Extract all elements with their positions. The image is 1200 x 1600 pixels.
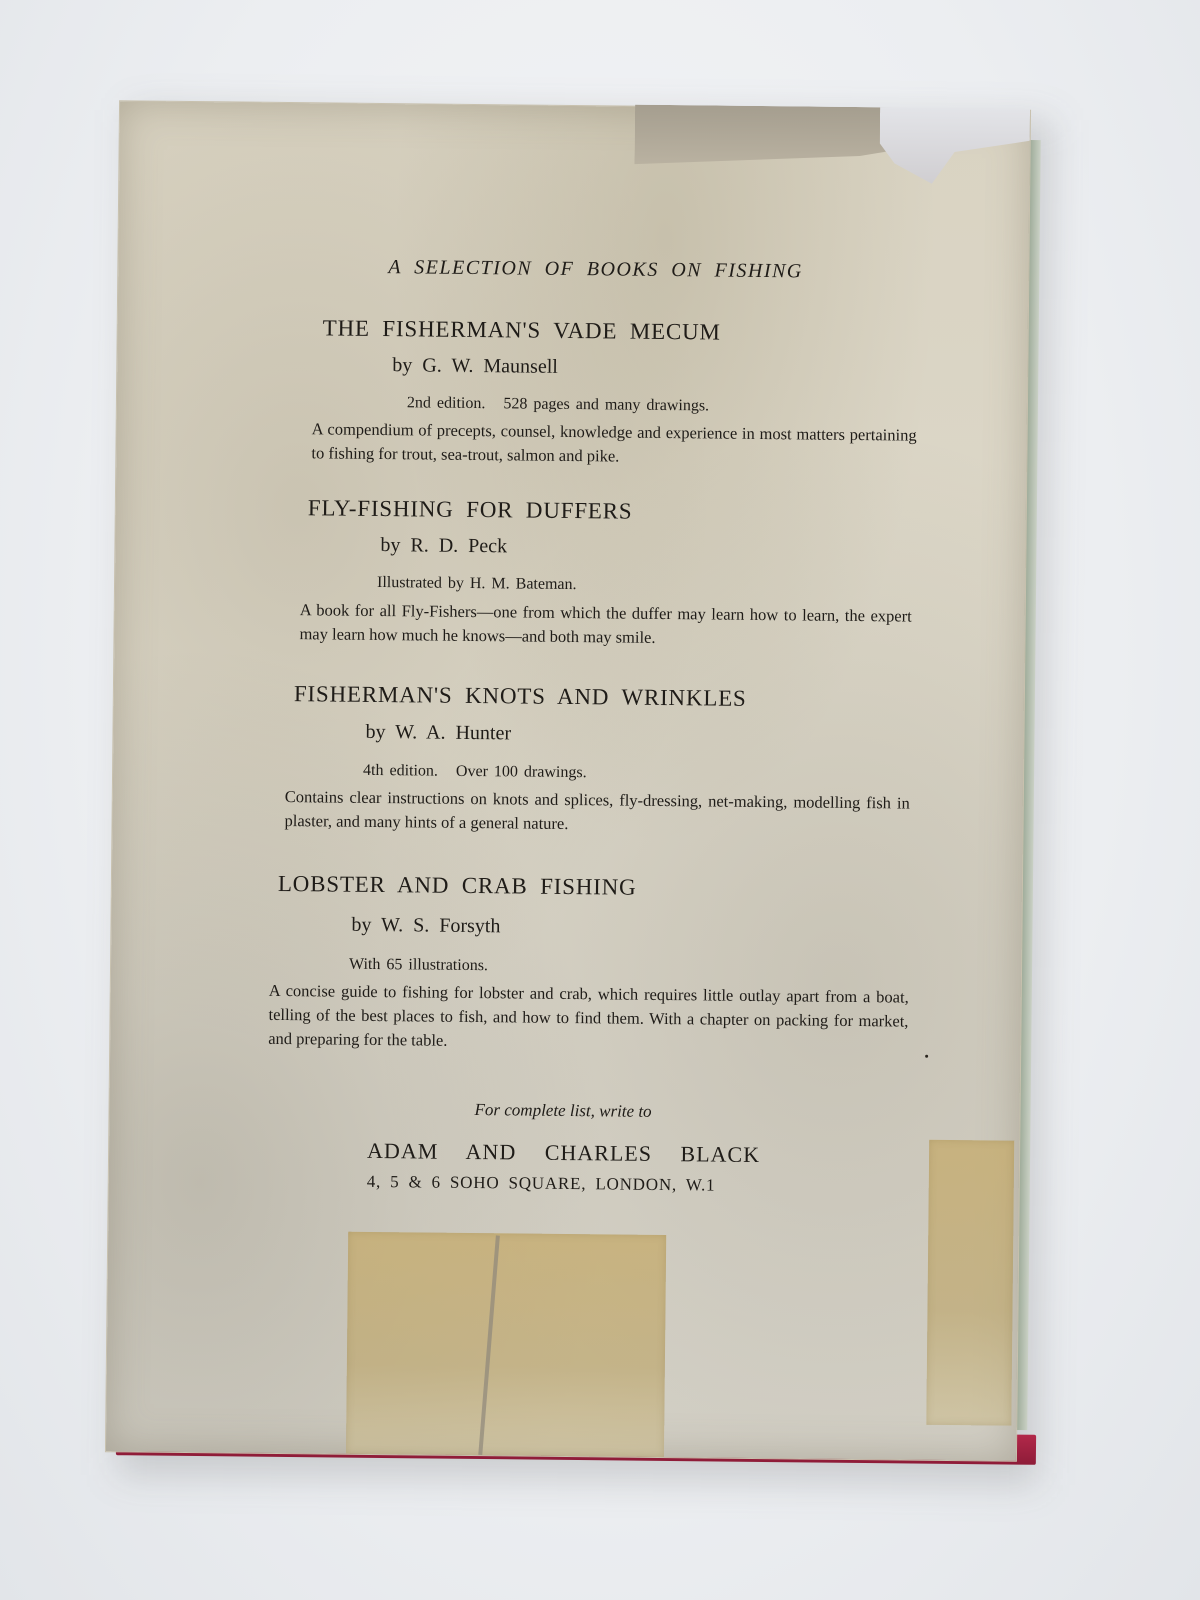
book-description: Contains clear instructions on knots and…: [284, 785, 909, 840]
paper-speck: [925, 1055, 928, 1058]
book-author: by W. S. Forsyth: [351, 914, 500, 939]
book-meta: With 65 illustrations.: [349, 956, 488, 975]
footer-note: For complete list, write to: [474, 1100, 651, 1122]
book-title: FISHERMAN'S KNOTS AND WRINKLES: [294, 681, 747, 712]
book-author: by W. A. Hunter: [365, 721, 511, 746]
repair-tape-bottom: [346, 1232, 666, 1457]
book-description: A concise guide to fishing for lobster a…: [268, 979, 909, 1058]
book-entry: FLY-FISHING FOR DUFFERS by R. D. Peck Il…: [120, 101, 1030, 111]
publisher-address: 4, 5 & 6 SOHO SQUARE, LONDON, W.1: [367, 1172, 716, 1196]
book-entry: THE FISHERMAN'S VADE MECUM by G. W. Maun…: [120, 101, 1030, 111]
book-author: by G. W. Maunsell: [392, 354, 558, 379]
book-title: THE FISHERMAN'S VADE MECUM: [323, 315, 721, 345]
jacket-heading: A SELECTION OF BOOKS ON FISHING: [388, 256, 803, 283]
book-description: A compendium of precepts, counsel, knowl…: [311, 417, 916, 471]
book-entry: LOBSTER AND CRAB FISHING by W. S. Forsyt…: [120, 101, 1030, 111]
repair-tape-right: [926, 1140, 1014, 1426]
book-description: A book for all Fly-Fishers—one from whic…: [299, 598, 911, 652]
publisher-name: ADAM AND CHARLES BLACK: [367, 1138, 760, 1168]
book-title: FLY-FISHING FOR DUFFERS: [308, 495, 633, 524]
book-meta: 2nd edition. 528 pages and many drawings…: [407, 394, 709, 415]
book-entry: FISHERMAN'S KNOTS AND WRINKLES by W. A. …: [120, 101, 1030, 111]
book-meta: 4th edition. Over 100 drawings.: [363, 762, 587, 782]
book-author: by R. D. Peck: [380, 534, 507, 558]
book-title: LOBSTER AND CRAB FISHING: [278, 871, 637, 901]
book-meta: Illustrated by H. M. Bateman.: [377, 574, 577, 594]
dust-jacket-back: A SELECTION OF BOOKS ON FISHING THE FISH…: [105, 100, 1031, 1461]
